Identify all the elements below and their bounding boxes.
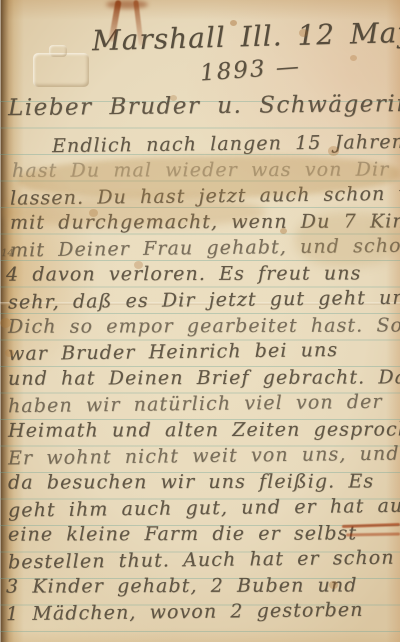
letter-line: eine kleine Farm die er selbst: [8, 522, 357, 545]
letter-salutation: Lieber Bruder u. Schwägerin!: [8, 91, 400, 121]
letter-line: Dich so empor gearbeitet hast. Sonntag: [8, 314, 400, 338]
letter-line: da besuchen wir uns fleißig. Es: [8, 470, 374, 493]
letter-line: geht ihm auch gut, und er hat auch: [8, 494, 400, 521]
letter-year: 1893 —: [199, 54, 301, 87]
rust-drip-stain: [100, 0, 162, 50]
tape-stain-band: [0, 197, 265, 227]
letter-line: bestellen thut. Auch hat er schon: [8, 547, 395, 574]
letter-line: Heimath und alten Zeiten gesprochen.: [8, 418, 400, 442]
letter-scan: Marshall Ill. 12 May 1893 — Lieber Brude…: [0, 0, 400, 642]
embossed-stamp: [33, 53, 89, 87]
letter-line: 1 Mädchen, wovon 2 gestorben: [6, 599, 364, 625]
letter-line: war Bruder Heinrich bei uns: [8, 339, 338, 365]
letter-line: Endlich nach langen 15 Jahren: [52, 131, 400, 157]
rust-drip-blob: [106, 0, 148, 9]
tape-stain-band: [295, 212, 400, 267]
letter-line: 4 davon verloren. Es freut uns: [6, 262, 362, 285]
letter-line: 3 Kinder gehabt, 2 Buben und: [6, 574, 358, 597]
letter-line: und hat Deinen Brief gebracht. Da: [8, 366, 400, 389]
letter-line: haben wir natürlich viel von der: [8, 391, 383, 418]
foxing-spots: [230, 20, 237, 26]
